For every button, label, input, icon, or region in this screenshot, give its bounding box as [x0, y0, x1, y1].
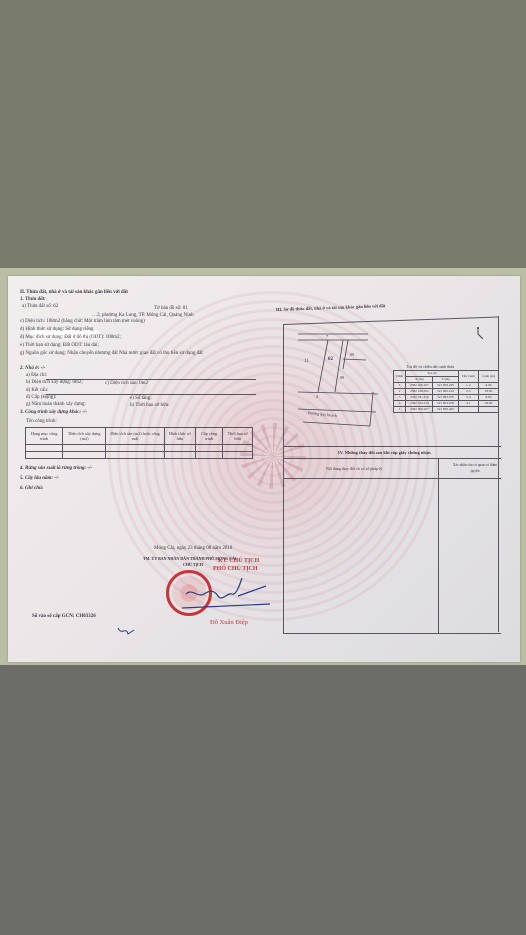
col-header: Đỉnh — [394, 371, 406, 383]
land-certificate-page: II. Thửa đất, nhà ở và tài sản khác gắn … — [8, 276, 520, 662]
label-11: 11 — [304, 359, 309, 364]
col-header: Cạnh (m) — [478, 371, 498, 383]
divider — [283, 458, 501, 459]
other-works-table: Hạng mục công trình Diện tích xây dựng (… — [25, 427, 253, 459]
section-iv-title: IV. Những thay đổi sau khi cấp giấy chứn… — [338, 450, 431, 456]
parcel-number: a) Thửa đất số: 62 — [22, 304, 58, 310]
table-cell — [478, 407, 498, 413]
frame-right — [498, 316, 499, 632]
column-divider — [438, 458, 439, 633]
house-built-area: b) Diện tích xây dựng: 0m2; — [26, 380, 83, 386]
svg-text:62: 62 — [328, 357, 334, 362]
works-name-label: Tên công trình: — [26, 419, 57, 425]
house-completed: g) Năm hoàn thành xây dựng: — [26, 402, 86, 408]
divider — [283, 446, 501, 447]
house-structure: d) Kết cấu: — [26, 388, 48, 394]
divider — [46, 394, 256, 395]
notes-line: 6. Ghi chú: — [20, 486, 43, 492]
svg-text:4: 4 — [316, 394, 318, 399]
land-heading: 1. Thửa đất: — [20, 297, 46, 303]
col-header: Thời hạn sở hữu — [223, 428, 253, 445]
frame-left — [283, 324, 284, 634]
frame-bottom — [283, 633, 501, 634]
house-floors: e) Số tầng: — [130, 396, 152, 402]
forest-line: 4. Rừng sản xuất là rừng trồng: -/- — [20, 466, 92, 472]
col-header: Hình thức sở hữu — [164, 428, 195, 445]
deputy-line2: PHÓ CHỦ TỊCH — [213, 566, 258, 572]
svg-text:Đường quy hoạch: Đường quy hoạch — [308, 410, 337, 418]
col-header: Tên Cạnh — [458, 371, 478, 383]
parcel-diagram: 11 7 09 09 62 4 Đường quy hoạch — [288, 324, 398, 434]
table-cell: 1 — [394, 407, 406, 413]
house-floor-area: c) Diện tích sàn: 0m2 — [105, 381, 148, 387]
map-sheet: Tờ bản đồ số: 01 — [154, 306, 188, 312]
other-works-heading: 3. Công trình xây dựng khác: -/- — [20, 410, 87, 416]
house-ownership-term: h) Thời hạn sở hữu: — [130, 403, 170, 409]
table-row: 12382 200.207521 859.295 — [394, 407, 499, 413]
table-cell: 521 859.295 — [433, 407, 458, 413]
table-cell: 2382 200.207 — [406, 407, 433, 413]
divider — [283, 478, 501, 479]
land-use-term: e) Thời hạn sử dụng: Đất ODT: lâu dài; — [20, 343, 99, 349]
house-address: a) Địa chỉ: — [26, 373, 47, 379]
land-use-origin: g) Nguồn gốc sử dụng: Nhận chuyển nhượng… — [20, 351, 203, 357]
photo-background-top — [0, 0, 526, 270]
col-header: Diện tích sàn (m2) hoặc công suất — [106, 428, 164, 445]
confirmation-column: Xác nhận của cơ quan có thẩm quyền — [451, 462, 499, 474]
col-header: Cấp công trình — [196, 428, 223, 445]
section-ii-title: II. Thửa đất, nhà ở và tài sản khác gắn … — [20, 290, 128, 296]
signature-icon — [178, 574, 273, 614]
svg-text:09: 09 — [340, 375, 344, 380]
place-date: Móng Cái, ngày 23 tháng 08 năm 2018 — [154, 546, 232, 552]
land-area: c) Diện tích: 108m2 (bằng chữ: Một trăm … — [20, 319, 145, 325]
registry-number: Số vào sổ cấp GCN: CH03326 — [32, 614, 96, 620]
initials-icon — [116, 624, 136, 640]
coordinate-table: Đỉnh Tọa độ Tên Cạnh Cạnh (m) X (m) Y (m… — [393, 370, 499, 413]
photo-background-bottom — [0, 665, 526, 935]
perennial-line: 5. Cây lâu năm: -/- — [20, 476, 59, 482]
authority-role: CHỦ TỊCH — [183, 562, 203, 568]
house-heading: 2. Nhà ở: -/- — [20, 366, 45, 372]
changes-column: Nội dung thay đổi và cơ sở pháp lý — [326, 466, 382, 472]
signer-name: Đỗ Xuân Điệp — [210, 620, 248, 626]
north-arrow-icon — [474, 326, 488, 342]
land-use-form: d) Hình thức sử dụng: Sử dụng riêng — [20, 327, 94, 333]
land-use-purpose: đ) Mục đích sử dụng: Đất ở đô thị (ODT):… — [20, 335, 121, 341]
house-grade: đ) Cấp (Hạng): — [26, 395, 56, 401]
col-header: Hạng mục công trình — [26, 428, 63, 445]
svg-text:09: 09 — [350, 352, 354, 357]
col-header: Diện tích xây dựng (m2) — [63, 428, 106, 445]
deputy-line1: KT. CHỦ TỊCH — [218, 558, 259, 564]
table-cell — [458, 407, 478, 413]
svg-text:7: 7 — [326, 334, 328, 339]
